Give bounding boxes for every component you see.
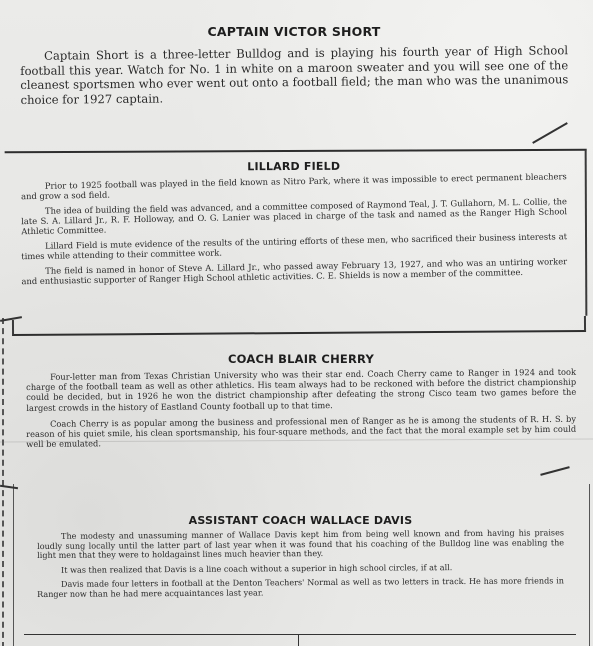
scanned-page: CAPTAIN VICTOR SHORT Captain Short is a …	[0, 0, 593, 646]
lillard-field-box: LILLARD FIELD Prior to 1925 football was…	[5, 149, 588, 319]
paragraph: It was then realized that Davis is a lin…	[37, 562, 564, 575]
paragraph: Four-letter man from Texas Christian Uni…	[26, 367, 576, 413]
paragraph: Coach Cherry is as popular among the bus…	[26, 414, 576, 450]
box-bottom-rule	[24, 634, 576, 635]
paper-tear	[532, 122, 568, 144]
box-bottom-rule	[12, 316, 586, 336]
paragraph: Davis made four letters in football at t…	[37, 577, 564, 600]
section-captain-victor-short: CAPTAIN VICTOR SHORT Captain Short is a …	[20, 24, 568, 107]
paper-tear	[540, 466, 569, 476]
left-edge-rule	[2, 318, 4, 646]
paragraph: The field is named in honor of Steve A. …	[21, 256, 567, 286]
section-title: CAPTAIN VICTOR SHORT	[20, 24, 568, 39]
section-lillard-field: LILLARD FIELD Prior to 1925 football was…	[21, 159, 568, 291]
section-title: ASSISTANT COACH WALLACE DAVIS	[37, 514, 564, 527]
paragraph: The idea of building the field was advan…	[21, 196, 567, 236]
section-title: COACH BLAIR CHERRY	[26, 352, 576, 366]
paragraph: The modesty and unassuming manner of Wal…	[37, 528, 564, 560]
paragraph: Captain Short is a three-letter Bulldog …	[20, 43, 569, 107]
section-assistant-coach-wallace-davis: ASSISTANT COACH WALLACE DAVIS The modest…	[37, 514, 564, 605]
column-divider	[298, 634, 299, 646]
